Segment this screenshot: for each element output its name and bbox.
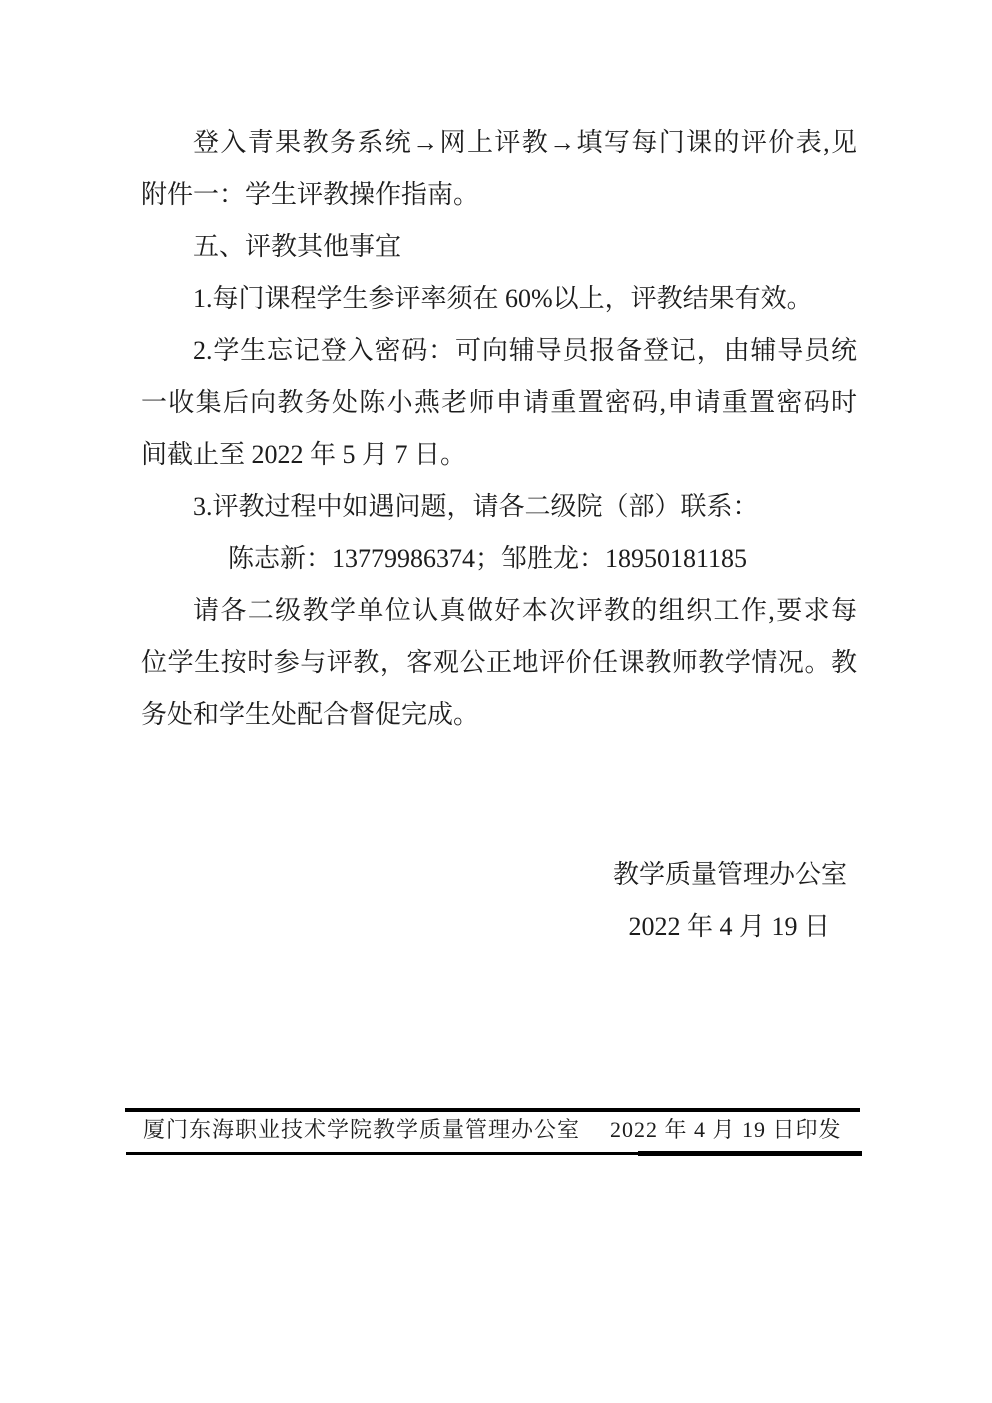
document-body: 登入青果教务系统→网上评教→填写每门课的评价表,见 附件一：学生评教操作指南。 … bbox=[141, 117, 857, 953]
signature-office: 教学质量管理办公室 bbox=[141, 849, 857, 901]
signature-block: 教学质量管理办公室 2022 年 4 月 19 日 bbox=[141, 849, 857, 953]
body-line: 请各二级教学单位认真做好本次评教的组织工作,要求每 bbox=[141, 585, 857, 637]
contact-line: 陈志新：13779986374；邹胜龙：18950181185 bbox=[141, 533, 857, 585]
list-item: 1.每门课程学生参评率须在 60%以上，评教结果有效。 bbox=[141, 273, 857, 325]
body-line: 一收集后向教务处陈小燕老师申请重置密码,申请重置密码时 bbox=[141, 377, 857, 429]
footer-imprint: 厦门东海职业技术学院教学质量管理办公室2022 年 4 月 19 日印发 bbox=[143, 1112, 863, 1148]
body-line: 附件一：学生评教操作指南。 bbox=[141, 169, 857, 221]
footer-rule-bottom-thick-segment bbox=[638, 1151, 862, 1156]
body-line: 登入青果教务系统→网上评教→填写每门课的评价表,见 bbox=[141, 117, 857, 169]
footer-print-date: 2022 年 4 月 19 日印发 bbox=[610, 1117, 842, 1142]
document-page: 登入青果教务系统→网上评教→填写每门课的评价表,见 附件一：学生评教操作指南。 … bbox=[0, 0, 992, 1403]
list-item: 3.评教过程中如遇问题，请各二级院（部）联系： bbox=[141, 481, 857, 533]
body-line: 务处和学生处配合督促完成。 bbox=[141, 689, 857, 741]
section-heading: 五、评教其他事宜 bbox=[141, 221, 857, 273]
signature-date: 2022 年 4 月 19 日 bbox=[141, 901, 857, 953]
footer-issuer: 厦门东海职业技术学院教学质量管理办公室 bbox=[143, 1117, 580, 1142]
body-line: 位学生按时参与评教，客观公正地评价任课教师教学情况。教 bbox=[141, 637, 857, 689]
list-item: 2.学生忘记登入密码：可向辅导员报备登记，由辅导员统 bbox=[141, 325, 857, 377]
body-line: 间截止至 2022 年 5 月 7 日。 bbox=[141, 429, 857, 481]
